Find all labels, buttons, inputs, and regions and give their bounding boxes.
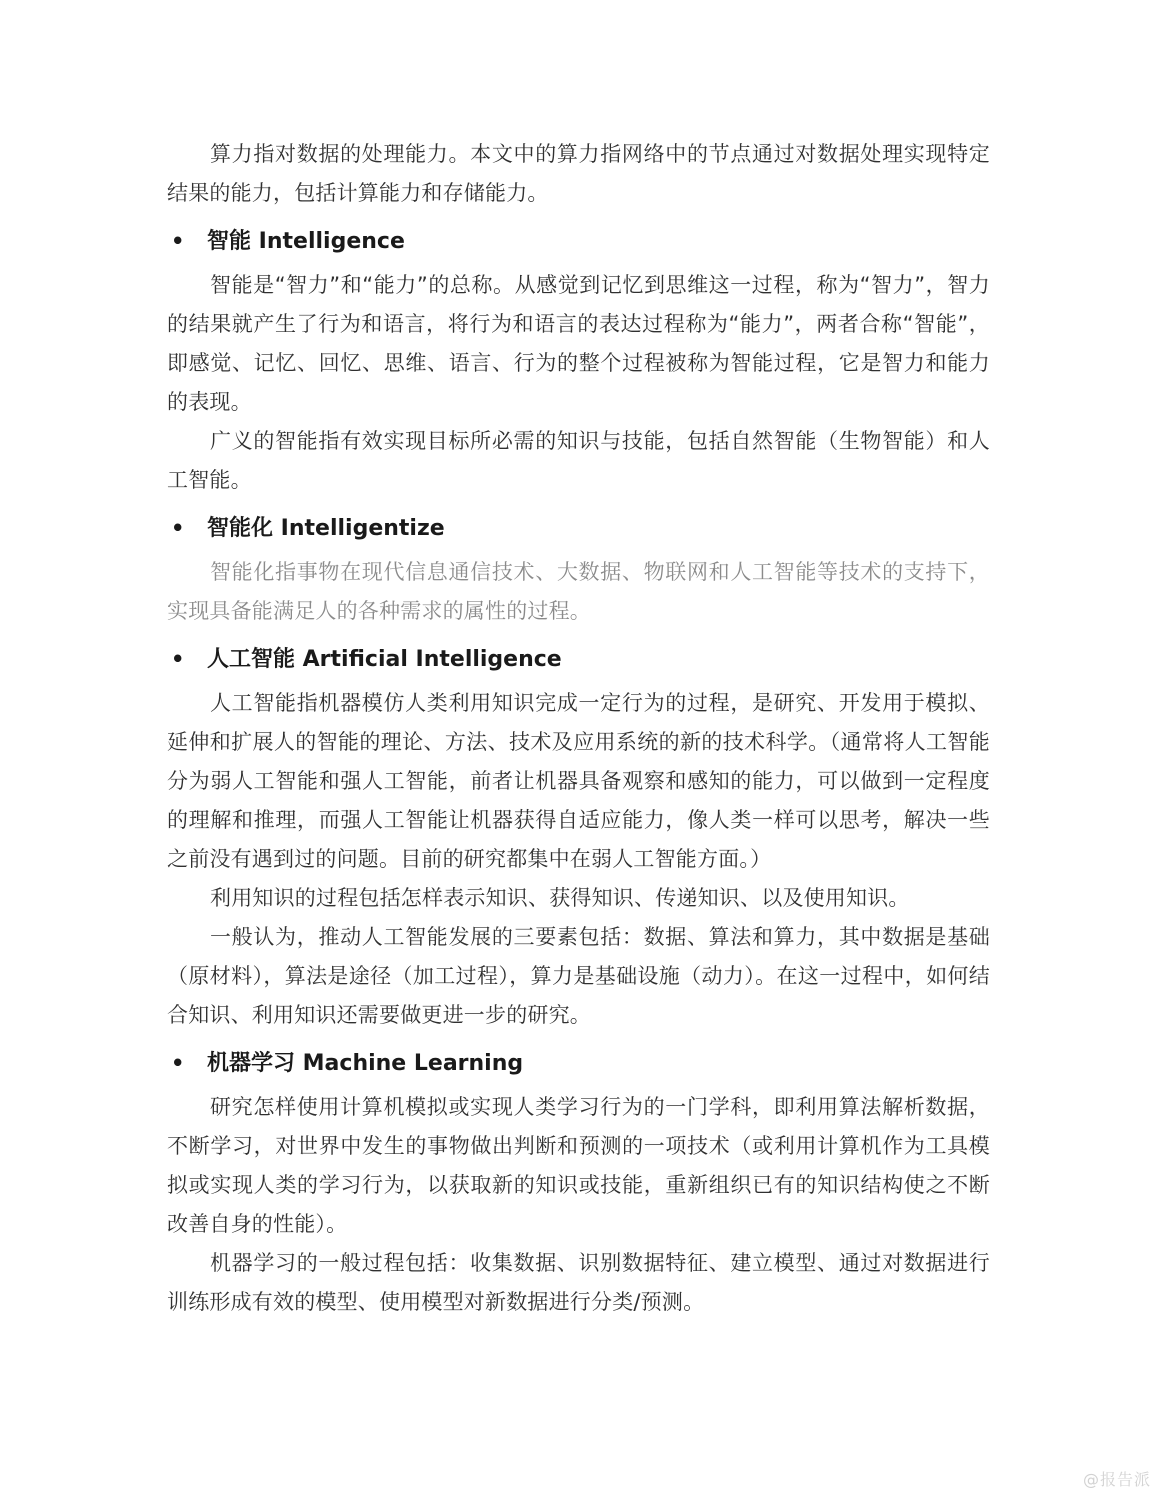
paragraph: 人工智能指机器模仿人类利用知识完成一定行为的过程，是研究、开发用于模拟、延伸和扩… xyxy=(167,684,990,879)
paragraph: 智能是“智力”和“能力”的总称。从感觉到记忆到思维这一过程，称为“智力”，智力的… xyxy=(167,266,990,422)
bullet-icon: • xyxy=(171,640,184,679)
bullet-icon: • xyxy=(171,1044,184,1083)
term-heading: • 人工智能 Artificial Intelligence xyxy=(167,640,990,679)
term-heading-text: 智能 Intelligence xyxy=(207,229,405,254)
paragraph: 算力指对数据的处理能力。本文中的算力指网络中的节点通过对数据处理实现特定结果的能… xyxy=(167,135,990,213)
paragraph-muted: 智能化指事物在现代信息通信技术、大数据、物联网和人工智能等技术的支持下，实现具备… xyxy=(167,553,990,631)
document-content: 算力指对数据的处理能力。本文中的算力指网络中的节点通过对数据处理实现特定结果的能… xyxy=(167,135,990,1322)
paragraph: 研究怎样使用计算机模拟或实现人类学习行为的一门学科，即利用算法解析数据，不断学习… xyxy=(167,1088,990,1244)
term-heading: • 智能 Intelligence xyxy=(167,222,990,261)
paragraph: 广义的智能指有效实现目标所必需的知识与技能，包括自然智能（生物智能）和人工智能。 xyxy=(167,422,990,500)
bullet-icon: • xyxy=(171,222,184,261)
term-heading: • 机器学习 Machine Learning xyxy=(167,1044,990,1083)
paragraph: 机器学习的一般过程包括：收集数据、识别数据特征、建立模型、通过对数据进行训练形成… xyxy=(167,1244,990,1322)
term-heading-text: 智能化 Intelligentize xyxy=(207,516,445,541)
paragraph: 利用知识的过程包括怎样表示知识、获得知识、传递知识、以及使用知识。 xyxy=(167,879,990,918)
bullet-icon: • xyxy=(171,509,184,548)
term-heading: • 智能化 Intelligentize xyxy=(167,509,990,548)
term-heading-text: 机器学习 Machine Learning xyxy=(207,1051,523,1076)
paragraph: 一般认为，推动人工智能发展的三要素包括：数据、算法和算力，其中数据是基础（原材料… xyxy=(167,918,990,1035)
term-heading-text: 人工智能 Artificial Intelligence xyxy=(207,647,562,672)
watermark: @报告派 xyxy=(1083,1467,1151,1490)
document-page: 算力指对数据的处理能力。本文中的算力指网络中的节点通过对数据处理实现特定结果的能… xyxy=(0,0,1159,1500)
